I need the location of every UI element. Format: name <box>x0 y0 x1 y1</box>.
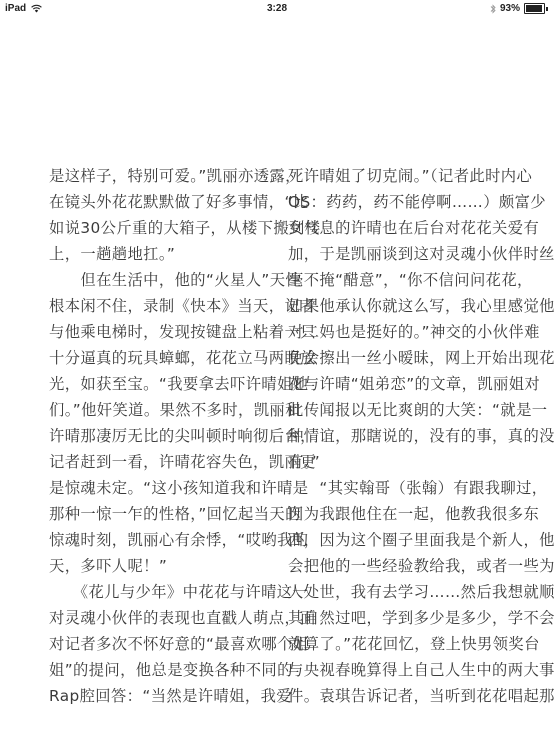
text-line: 天，多吓人呢！” <box>49 553 269 579</box>
text-line: 死许晴姐了切克闹。”（记者此时内心 <box>288 163 510 189</box>
text-line: 与他乘电梯时，发现按键盘上粘着一只 <box>49 319 269 345</box>
text-line: 会把他的一些经验教给我，或者一些为 <box>288 553 510 579</box>
text-line: 们。”他奸笑道。果然不多时，凯丽和 <box>49 397 269 423</box>
text-line: Rap腔回答：“当然是许晴姐，我爱 <box>49 683 269 709</box>
text-line: 就算了。”花花回忆，登上快男领奖台 <box>288 631 510 657</box>
text-line: 种情谊，那瞎说的，没有的事，真的没 <box>288 423 510 449</box>
text-line: 如果他承认你就这么写，我心里感觉他 <box>288 293 510 319</box>
text-line: 是这样子，特别可爱。”凯丽亦透露， <box>49 163 269 189</box>
text-line: 件。袁琪告诉记者，当听到花花唱起那 <box>288 683 510 709</box>
text-line: 西，因为这个圈子里面我是个新人，他 <box>288 527 510 553</box>
text-line: 《花儿与少年》中花花与许晴这一 <box>49 579 269 605</box>
text-line: 有。” <box>288 449 510 475</box>
text-line: 但在生活中，他的“火星人”天性 <box>49 267 269 293</box>
text-line: 对二妈也是挺好的。”神交的小伙伴难 <box>288 319 510 345</box>
text-line: 如说30公斤重的大箱子，从楼下搬到楼 <box>49 215 269 241</box>
text-line: 与央视春晚算得上自己人生中的两大事 <box>288 657 510 683</box>
text-line: 十分逼真的玩具蟑螂，花花立马两眼放 <box>49 345 269 371</box>
text-line: 因为我跟他住在一起，他教我很多东 <box>288 501 510 527</box>
text-line: 在镜头外花花默默做了好多事情，“比 <box>49 189 269 215</box>
text-line: 那种一惊一乍的性格，”回忆起当天的 <box>49 501 269 527</box>
text-line: 花与许晴“姐弟恋”的文章，凯丽姐对 <box>288 371 510 397</box>
left-column: 是这样子，特别可爱。”凯丽亦透露，在镜头外花花默默做了好多事情，“比如说30公斤… <box>49 163 269 709</box>
text-line: 毫不掩“醋意”，“你不信问问花花， <box>288 267 510 293</box>
book-page[interactable]: 是这样子，特别可爱。”凯丽亦透露，在镜头外花花默默做了好多事情，“比如说30公斤… <box>0 0 554 738</box>
text-line: “其实翰哥（张翰）有跟我聊过， <box>288 475 510 501</box>
text-line: 是惊魂未定。“这小孩知道我和许晴是 <box>49 475 269 501</box>
text-line: OS：药药，药不能停啊……）颇富少 <box>288 189 510 215</box>
text-line: 上，一趟趟地扛。” <box>49 241 269 267</box>
text-line: 其自然过吧，学到多少是多少，学不会 <box>288 605 510 631</box>
text-line: 姐”的提问，他总是变换各种不同的 <box>49 657 269 683</box>
text-line: 人处世，我有去学习……然后我想就顺 <box>288 579 510 605</box>
text-line: 许晴那凄厉无比的尖叫顿时响彻后台， <box>49 423 269 449</box>
text-line: 惊魂时刻，凯丽心有余悸，“哎哟我的 <box>49 527 269 553</box>
text-line: 女气息的许晴也在后台对花花关爱有 <box>288 215 510 241</box>
text-line: 对灵魂小伙伴的表现也直戳人萌点，面 <box>49 605 269 631</box>
text-line: 加，于是凯丽谈到这对灵魂小伙伴时丝 <box>288 241 510 267</box>
text-line: 免会擦出一丝小暧昧，网上开始出现花 <box>288 345 510 371</box>
right-column: 死许晴姐了切克闹。”（记者此时内心OS：药药，药不能停啊……）颇富少女气息的许晴… <box>288 163 510 709</box>
text-line: 记者赶到一看，许晴花容失色，凯丽更 <box>49 449 269 475</box>
text-line: 此传闻报以无比爽朗的大笑：“就是一 <box>288 397 510 423</box>
text-line: 根本闲不住，录制《快本》当天，记者 <box>49 293 269 319</box>
text-line: 光，如获至宝。“我要拿去吓许晴姐她 <box>49 371 269 397</box>
text-line: 对记者多次不怀好意的“最喜欢哪个姐 <box>49 631 269 657</box>
